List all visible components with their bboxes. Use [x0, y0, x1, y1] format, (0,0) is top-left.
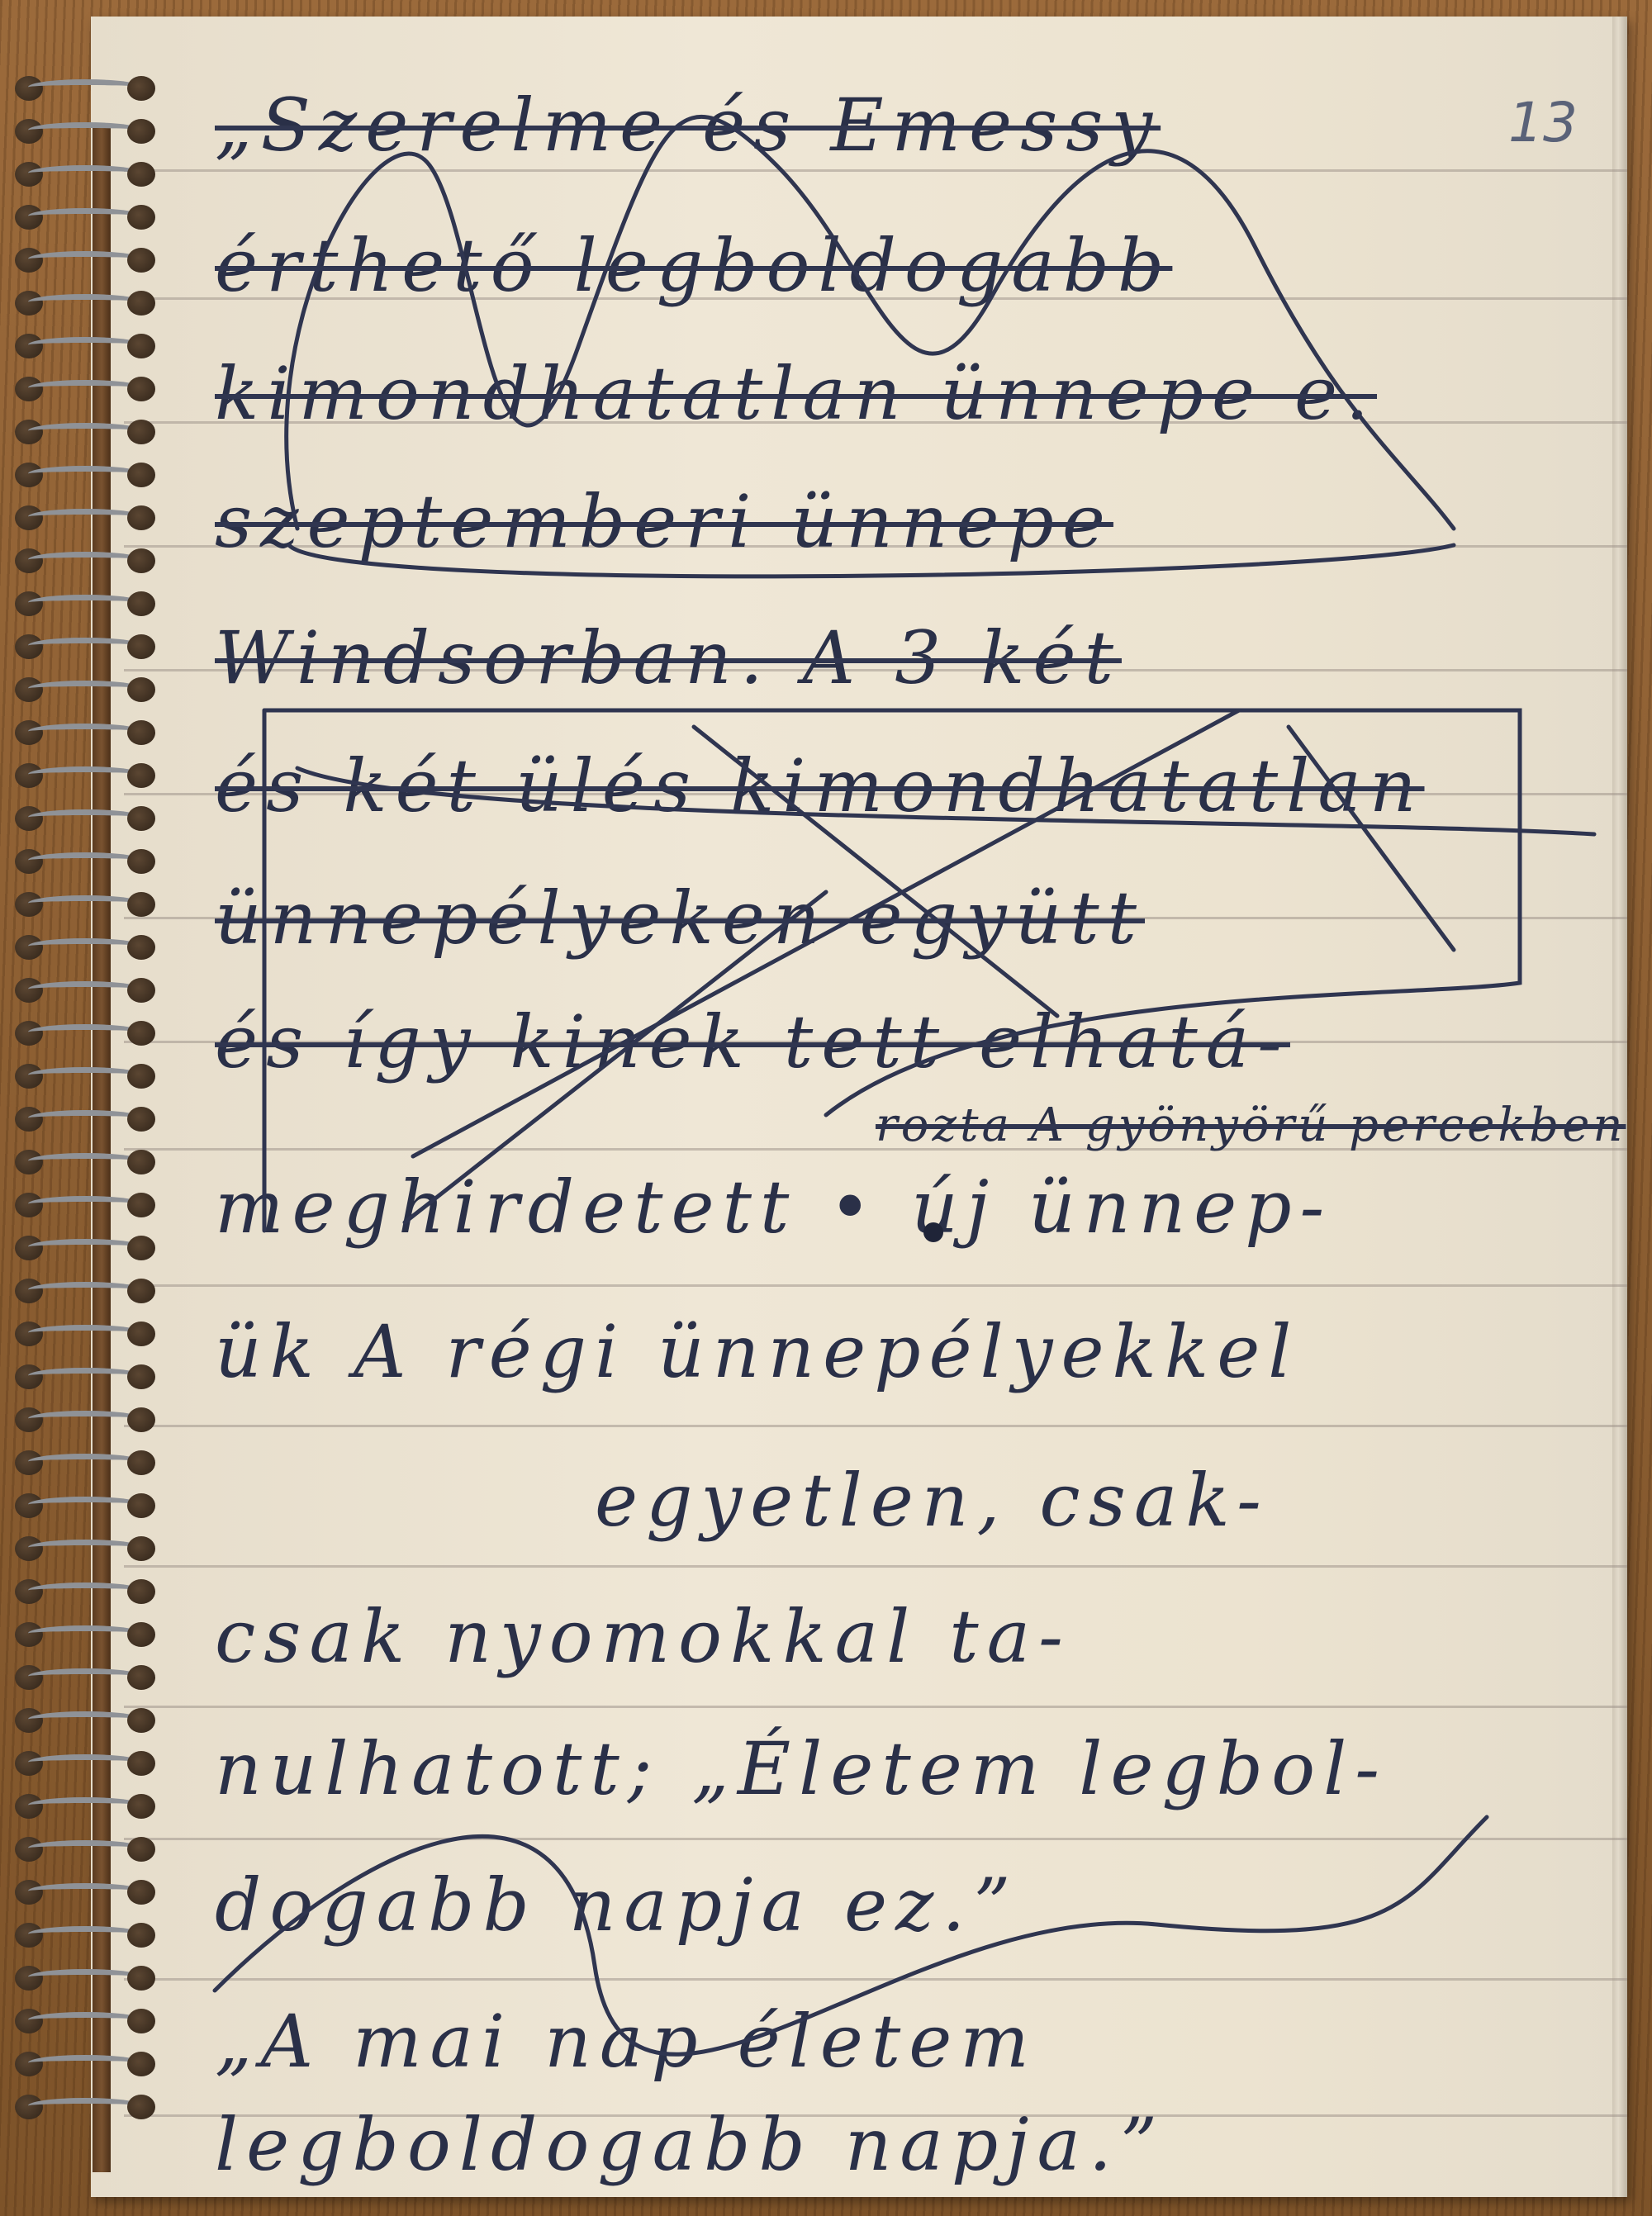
spiral-coil: [15, 933, 155, 961]
spiral-binding: [0, 74, 173, 2172]
spiral-coil: [15, 1706, 155, 1734]
spiral-coil: [15, 2093, 155, 2121]
spiral-coil: [15, 1449, 155, 1477]
spiral-coil: [15, 762, 155, 790]
rule-line: [124, 1706, 1627, 1708]
spiral-coil: [15, 1492, 155, 1520]
spiral-coil: [15, 117, 155, 145]
spiral-coil: [15, 1620, 155, 1649]
spiral-coil: [15, 1234, 155, 1262]
spiral-coil: [15, 375, 155, 403]
spiral-coil: [15, 1062, 155, 1090]
handwritten-line: legboldogabb napja.”: [215, 2102, 1553, 2187]
spiral-coil: [15, 160, 155, 188]
rule-line: [124, 169, 1627, 172]
rule-line: [124, 1284, 1627, 1287]
spiral-coil: [15, 890, 155, 918]
spiral-coil: [15, 1878, 155, 1906]
spiral-coil: [15, 1320, 155, 1348]
handwritten-line: kimondhatatlan ünnepe e.: [215, 351, 1553, 436]
spiral-coil: [15, 1749, 155, 1777]
spiral-coil: [15, 1406, 155, 1434]
spiral-coil: [15, 976, 155, 1004]
spiral-coil: [15, 2007, 155, 2035]
handwritten-line: egyetlen, csak-: [595, 1458, 1553, 1543]
handwritten-line: „Szerelme és Emessy: [215, 83, 1553, 168]
handwritten-line: és két ülés kimondhatatlan: [215, 743, 1553, 828]
rule-line: [124, 1838, 1627, 1840]
rule-line: [124, 1978, 1627, 1981]
spiral-coil: [15, 74, 155, 102]
handwritten-line: szeptemberi ünnepe: [215, 479, 1553, 564]
spiral-coil: [15, 633, 155, 661]
spiral-coil: [15, 1578, 155, 1606]
spiral-coil: [15, 1148, 155, 1176]
spiral-coil: [15, 590, 155, 618]
spiral-coil: [15, 1191, 155, 1219]
spiral-coil: [15, 203, 155, 231]
handwritten-line: ük A régi ünnepélyekkel: [215, 1309, 1553, 1394]
spiral-coil: [15, 504, 155, 532]
spiral-coil: [15, 461, 155, 489]
handwritten-line: ünnepélyeken együtt: [215, 875, 1553, 961]
spiral-coil: [15, 332, 155, 360]
spiral-coil: [15, 719, 155, 747]
spiral-coil: [15, 847, 155, 875]
spiral-coil: [15, 2050, 155, 2078]
spiral-coil: [15, 1663, 155, 1692]
handwritten-line: nulhatott; „Életem legbol-: [215, 1726, 1553, 1811]
spiral-coil: [15, 1105, 155, 1133]
handwritten-line: csak nyomokkal ta-: [215, 1594, 1553, 1679]
spiral-coil: [15, 676, 155, 704]
spiral-coil: [15, 547, 155, 575]
handwritten-line-insert: rozta A gyönyörű percekben: [876, 1099, 1553, 1152]
spiral-coil: [15, 1535, 155, 1563]
handwritten-line: „A mai nap életem: [215, 1999, 1553, 2084]
spiral-coil: [15, 1964, 155, 1992]
spiral-coil: [15, 418, 155, 446]
spiral-coil: [15, 1792, 155, 1820]
spiral-coil: [15, 246, 155, 274]
handwritten-line: meghirdetett • új ünnep-: [215, 1165, 1553, 1250]
handwritten-line: dogabb napja ez.”: [215, 1862, 1553, 1948]
rule-line: [124, 1565, 1627, 1568]
rule-line: [124, 1425, 1627, 1427]
spiral-coil: [15, 1277, 155, 1305]
spiral-coil: [15, 1835, 155, 1863]
handwritten-line: és így kinek tett elhatá-: [215, 999, 1553, 1084]
spiral-coil: [15, 1019, 155, 1047]
spiral-coil: [15, 1921, 155, 1949]
handwritten-line: érthető legboldogabb: [215, 223, 1553, 308]
spiral-coil: [15, 1363, 155, 1391]
spiral-coil: [15, 804, 155, 833]
handwritten-line: Windsorban. A 3 két: [215, 615, 1553, 700]
spiral-coil: [15, 289, 155, 317]
